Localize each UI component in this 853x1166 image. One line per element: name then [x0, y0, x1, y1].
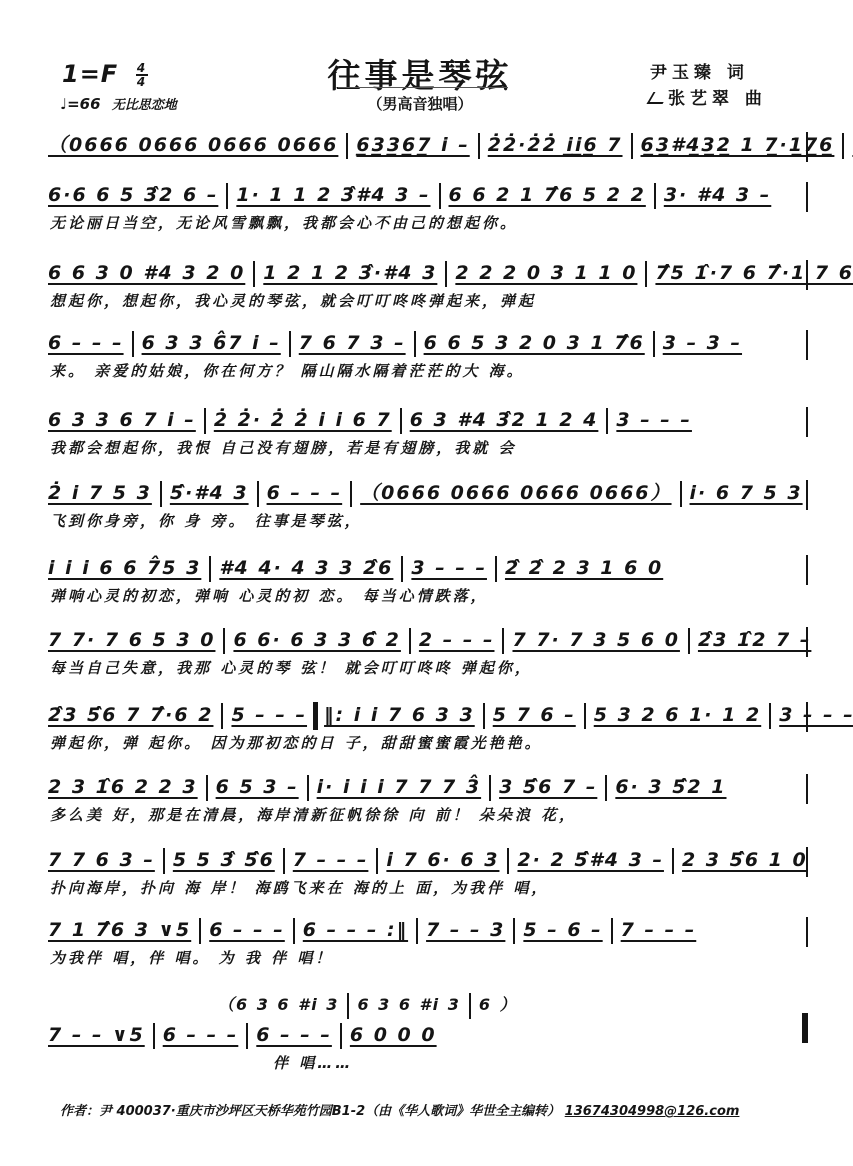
measure: 5 3 2 6 1· 1 2	[594, 700, 761, 730]
measure: 1· 1 1 2 3̂#4 3 –	[236, 180, 430, 210]
barline	[584, 703, 586, 729]
measure: 6 3 #4 3̂2 1 2 4	[410, 405, 599, 435]
measure: ‖: i i 7 6 3 3	[324, 700, 475, 730]
notation-line: 6·6 6 5 3̂2 6 –1· 1 1 2 3̂#4 3 –6 6 2 1 …	[48, 180, 808, 210]
measure: 6 – – –	[256, 1020, 332, 1050]
measure: 2̇2̇·2̇2̇ i̲i̲6̲ 7	[488, 130, 623, 160]
measure: 3· #4 3 –	[664, 180, 771, 210]
measure: 6 6· 6 3 3 6̂ 2	[233, 625, 400, 655]
barline	[204, 408, 206, 434]
barline	[221, 703, 223, 729]
lyrics-line: 无论丽日当空，无论风雪飘飘，我都会心不由己的想起你。	[48, 210, 808, 236]
score-system: i i i 6 6 7̂5 3#4 4· 4 3 3 2̂63 – – –2̂ …	[48, 553, 808, 609]
score-system: （6 3 6 #i 36 3 6 #i 36 ）7 – – ∨56 – – –6…	[48, 990, 808, 1076]
system-end-barline	[806, 627, 808, 657]
lyrics-line: 扑向海岸，扑向 海 岸！ 海鸥飞来在 海的上 面，为我伴 唱，	[48, 875, 808, 901]
notation-line: （0666 0666 0666 06666̲3̲3̲6̲7̲ i –2̇2̇·2…	[48, 130, 808, 160]
measure: 1 2 1 2 3̂·#4 3	[263, 258, 437, 288]
score-system: 6 3 3 6 7 i –2̇ 2̇· 2̇ 2̇ i i 6 76 3 #4 …	[48, 405, 808, 461]
barline	[257, 481, 259, 507]
barline	[606, 408, 608, 434]
barline	[672, 848, 674, 874]
score-system: （0666 0666 0666 06666̲3̲3̲6̲7̲ i –2̇2̇·2…	[48, 130, 808, 186]
measure: 2̂ 2̂ 2 3 1 6 0	[505, 553, 663, 583]
lyrics-line: 每当自己失意，我那 心灵的琴 弦！ 就会叮叮咚咚 弹起你，	[48, 655, 808, 681]
notation-line: 6 6 3 0 #4 3 2 01 2 1 2 3̂·#4 32 2 2 0 3…	[48, 258, 808, 288]
barline	[439, 183, 441, 209]
lyrics-line: 飞到你身旁，你 身 旁。 往事是琴弦，	[48, 508, 808, 534]
tempo-value: ♩=66	[60, 95, 101, 113]
measure: 7 – – –	[293, 845, 369, 875]
lyrics-line: 来。 亲爱的姑娘，你在何方？ 隔山隔水隔着茫茫的大 海。	[48, 358, 808, 384]
measure: 6 6 3 0 #4 3 2 0	[48, 258, 245, 288]
system-end-barline	[806, 330, 808, 360]
score-system: 7 7· 7 6 5 3 06 6· 6 3 3 6̂ 22 – – –7 7·…	[48, 625, 808, 681]
barline	[153, 1023, 155, 1049]
song-title: 往事是琴弦	[300, 50, 540, 97]
lyricist-credit: 尹玉臻 词	[650, 60, 767, 86]
notation-line: 7 1 7̂6 3 ∨56 – – –6 – – – :‖7 – – 35 – …	[48, 915, 808, 945]
barline	[209, 556, 211, 582]
score-system: 6 – – –6 3 3 6̂7 i –7 6 7 3 –6 6 5 3 2 0…	[48, 328, 808, 384]
measure: #4 4· 4 3 3 2̂6	[219, 553, 393, 583]
measure: 7 – – ∨5	[48, 1020, 145, 1050]
measure: 7 – – –	[621, 915, 697, 945]
barline	[376, 848, 378, 874]
measure: 6·6 6 5 3̂2 6 –	[48, 180, 218, 210]
lyrics-line: 伴 唱……	[48, 1050, 808, 1076]
system-end-barline	[806, 260, 808, 290]
barline	[307, 775, 309, 801]
score-system: 6·6 6 5 3̂2 6 –1· 1 1 2 3̂#4 3 –6 6 2 1 …	[48, 180, 808, 236]
measure: 7 7 6 3 –	[48, 845, 155, 875]
measure: （0666 0666 0666 0666）	[360, 478, 671, 508]
measure: 6̲3̲3̲6̲7̲ i –	[356, 130, 469, 160]
barline	[160, 481, 162, 507]
composer-credit: 张艺翠 曲	[650, 86, 767, 112]
measure: 5 – – –	[231, 700, 307, 730]
measure: 6 ）	[479, 990, 518, 1020]
measure: 6 3 3 6 7 i –	[48, 405, 196, 435]
measure: 6 – – –	[267, 478, 343, 508]
system-end-barline	[806, 407, 808, 437]
lyrics-line: 弹起你，弹 起你。 因为那初恋的日 子，甜甜蜜蜜霞光艳艳。	[48, 730, 808, 756]
barline	[654, 183, 656, 209]
measure: 6 – – –	[48, 328, 124, 358]
barline	[401, 556, 403, 582]
measure: （6 3 6 #i 3	[218, 990, 339, 1020]
notation-line: 6 3 3 6 7 i –2̇ 2̇· 2̇ 2̇ i i 6 76 3 #4 …	[48, 405, 808, 435]
notation-line: 2 3 1̂6 2 2 36 5 3 –i· i i i 7 7 7 3̂3 5…	[48, 772, 808, 802]
measure: 2̂3 5̂6 7 7̂·6 2	[48, 700, 213, 730]
barline	[293, 918, 295, 944]
measure: 3 – – –	[779, 700, 853, 730]
title-underline	[338, 87, 508, 88]
barline	[206, 775, 208, 801]
song-subtitle: （男高音独唱）	[320, 93, 520, 114]
measure: （0666 0666 0666 0666	[48, 130, 338, 160]
barline	[253, 261, 255, 287]
bracket-mark-icon	[647, 92, 670, 104]
measure: 6 – – – :‖	[303, 915, 408, 945]
system-end-barline	[806, 702, 808, 732]
system-end-barline	[806, 132, 808, 162]
measure: 5̂·#4 3	[170, 478, 249, 508]
barline	[340, 1023, 342, 1049]
barline	[605, 775, 607, 801]
measure: 6 5 3 –	[216, 772, 299, 802]
measure: 5 – 6 –	[523, 915, 602, 945]
author-contact: 13674304998@126.com	[565, 1104, 740, 1119]
notation-line: 7 – – ∨56 – – –6 – – –6 0 0 0	[48, 1020, 808, 1050]
notation-line: 7 7· 7 6 5 3 06 6· 6 3 3 6̂ 22 – – –7 7·…	[48, 625, 808, 655]
barline	[611, 918, 613, 944]
barline	[507, 848, 509, 874]
barline	[631, 133, 633, 159]
key-text: 1=F	[62, 60, 118, 88]
barline	[226, 183, 228, 209]
system-end-barline	[806, 847, 808, 877]
measure: i 7 6· 6 3	[386, 845, 499, 875]
measure: 2̂3 1̂2 7 –	[698, 625, 811, 655]
system-end-barline	[806, 555, 808, 585]
barline	[132, 331, 134, 357]
measure: 6 3 6 #i 3	[357, 990, 460, 1020]
lyrics-line: 想起你，想起你，我心灵的琴弦，就会叮叮咚咚弹起来，弹起	[48, 288, 808, 314]
barline	[489, 775, 491, 801]
measure: 7 6 7 3 –	[299, 328, 406, 358]
system-end-barline	[806, 182, 808, 212]
notation-line: 7 7 6 3 –5 5 3̂ 5̂67 – – –i 7 6· 6 32· 2…	[48, 845, 808, 875]
measure: 7 7· 7 3 5 6 0	[512, 625, 679, 655]
score-system: 2̂3 5̂6 7 7̂·6 25 – – –‖: i i 7 6 3 35 7…	[48, 700, 808, 756]
notation-line: 2̂3 5̂6 7 7̂·6 25 – – –‖: i i 7 6 3 35 7…	[48, 700, 808, 730]
measure: 6 6 2 1 7̂6 5 2 2	[449, 180, 646, 210]
credits: 尹玉臻 词 张艺翠 曲	[650, 60, 767, 112]
tempo-marking: ♩=66 无比思恋地	[60, 94, 177, 113]
final-barline	[802, 1013, 808, 1043]
measure: 6 6 5 3 2 0 3 1 7̂6	[424, 328, 645, 358]
measure: 2· 2 5̂#4 3 –	[517, 845, 664, 875]
measure: 7 1 7̂6 3 ∨5	[48, 915, 191, 945]
key-signature: 1=F 4 4	[62, 60, 148, 88]
barline	[199, 918, 201, 944]
measure: 6 – – –	[209, 915, 285, 945]
barline	[350, 481, 352, 507]
repeat-barline	[313, 702, 318, 730]
measure: 5 7 6 –	[493, 700, 576, 730]
barline	[769, 703, 771, 729]
lyrics-line: 为我伴 唱，伴 唱。 为 我 伴 唱！	[48, 945, 808, 971]
barline	[502, 628, 504, 654]
system-end-barline	[806, 774, 808, 804]
barline	[283, 848, 285, 874]
barline	[414, 331, 416, 357]
barline	[842, 133, 844, 159]
score-system: 7 1 7̂6 3 ∨56 – – –6 – – – :‖7 – – 35 – …	[48, 915, 808, 971]
barline	[478, 133, 480, 159]
barline	[680, 481, 682, 507]
score-system: 2 3 1̂6 2 2 36 5 3 –i· i i i 7 7 7 3̂3 5…	[48, 772, 808, 828]
barline	[445, 261, 447, 287]
measure: i i i 6 6 7̂5 3	[48, 553, 201, 583]
measure: 7 – – 3	[426, 915, 505, 945]
measure: 7 7· 7 6 5 3 0	[48, 625, 215, 655]
notation-line: 2̇ i 7 5 35̂·#4 36 – – –（0666 0666 0666 …	[48, 478, 808, 508]
measure: 5 5 3̂ 5̂6	[173, 845, 275, 875]
barline	[346, 133, 348, 159]
barline	[163, 848, 165, 874]
barline	[495, 556, 497, 582]
lyrics-line: 多么美 好，那是在清晨，海岸清新征帆徐徐 向 前！ 朵朵浪 花，	[48, 802, 808, 828]
accompaniment-line: （6 3 6 #i 36 3 6 #i 36 ）	[48, 990, 808, 1020]
system-end-barline	[806, 917, 808, 947]
lyrics-line: 我都会想起你，我恨 自己没有翅膀，若是有翅膀，我就 会	[48, 435, 808, 461]
barline	[409, 628, 411, 654]
measure: 2 2 2 0 3 1 1 0	[455, 258, 637, 288]
measure: 3 – 3 –	[663, 328, 742, 358]
measure: 7̂5 1̂·7 6 7̂·1 7 6	[655, 258, 853, 288]
barline	[289, 331, 291, 357]
measure: 2 3 5̂6 1 0	[682, 845, 808, 875]
measure: 6 – – –	[163, 1020, 239, 1050]
score-system: 6 6 3 0 #4 3 2 01 2 1 2 3̂·#4 32 2 2 0 3…	[48, 258, 808, 314]
mood-marking: 无比思恋地	[112, 98, 177, 113]
score-system: 7 7 6 3 –5 5 3̂ 5̂67 – – –i 7 6· 6 32· 2…	[48, 845, 808, 901]
measure: 6· 3 5̂2 1	[615, 772, 726, 802]
barline	[246, 1023, 248, 1049]
system-end-barline	[806, 480, 808, 510]
measure: 2̇ 2̇· 2̇ 2̇ i i 6 7	[214, 405, 392, 435]
author-address: 作者：尹 400037·重庆市沙坪区天桥华苑竹园B1-2（由《华人歌词》华世全主…	[60, 1104, 560, 1119]
barline	[469, 993, 471, 1019]
measure: 2̇ i 7 5 3	[48, 478, 152, 508]
barline	[645, 261, 647, 287]
barline	[223, 628, 225, 654]
author-footer: 作者：尹 400037·重庆市沙坪区天桥华苑竹园B1-2（由《华人歌词》华世全主…	[60, 1100, 739, 1119]
notation-line: 6 – – –6 3 3 6̂7 i –7 6 7 3 –6 6 5 3 2 0…	[48, 328, 808, 358]
barline	[513, 918, 515, 944]
barline	[400, 408, 402, 434]
barline	[653, 331, 655, 357]
measure: 3 – – –	[616, 405, 692, 435]
barline	[416, 918, 418, 944]
measure: i· 6 7 5 3	[690, 478, 803, 508]
measure: 3 – – –	[411, 553, 487, 583]
score-system: 2̇ i 7 5 35̂·#4 36 – – –（0666 0666 0666 …	[48, 478, 808, 534]
lyrics-line: 弹响心灵的初恋，弹响 心灵的初 恋。 每当心情跌落，	[48, 583, 808, 609]
barline	[347, 993, 349, 1019]
measure: 2 – – –	[419, 625, 495, 655]
measure: 6 3 3 6̂7 i –	[142, 328, 281, 358]
time-signature: 4 4	[136, 62, 148, 88]
barline	[483, 703, 485, 729]
notation-line: i i i 6 6 7̂5 3#4 4· 4 3 3 2̂63 – – –2̂ …	[48, 553, 808, 583]
measure: i· i i i 7 7 7 3̂	[317, 772, 481, 802]
barline	[688, 628, 690, 654]
measure: 2 3 1̂6 2 2 3	[48, 772, 198, 802]
measure: 6 0 0 0	[350, 1020, 437, 1050]
measure: 3 5̂6 7 –	[499, 772, 597, 802]
